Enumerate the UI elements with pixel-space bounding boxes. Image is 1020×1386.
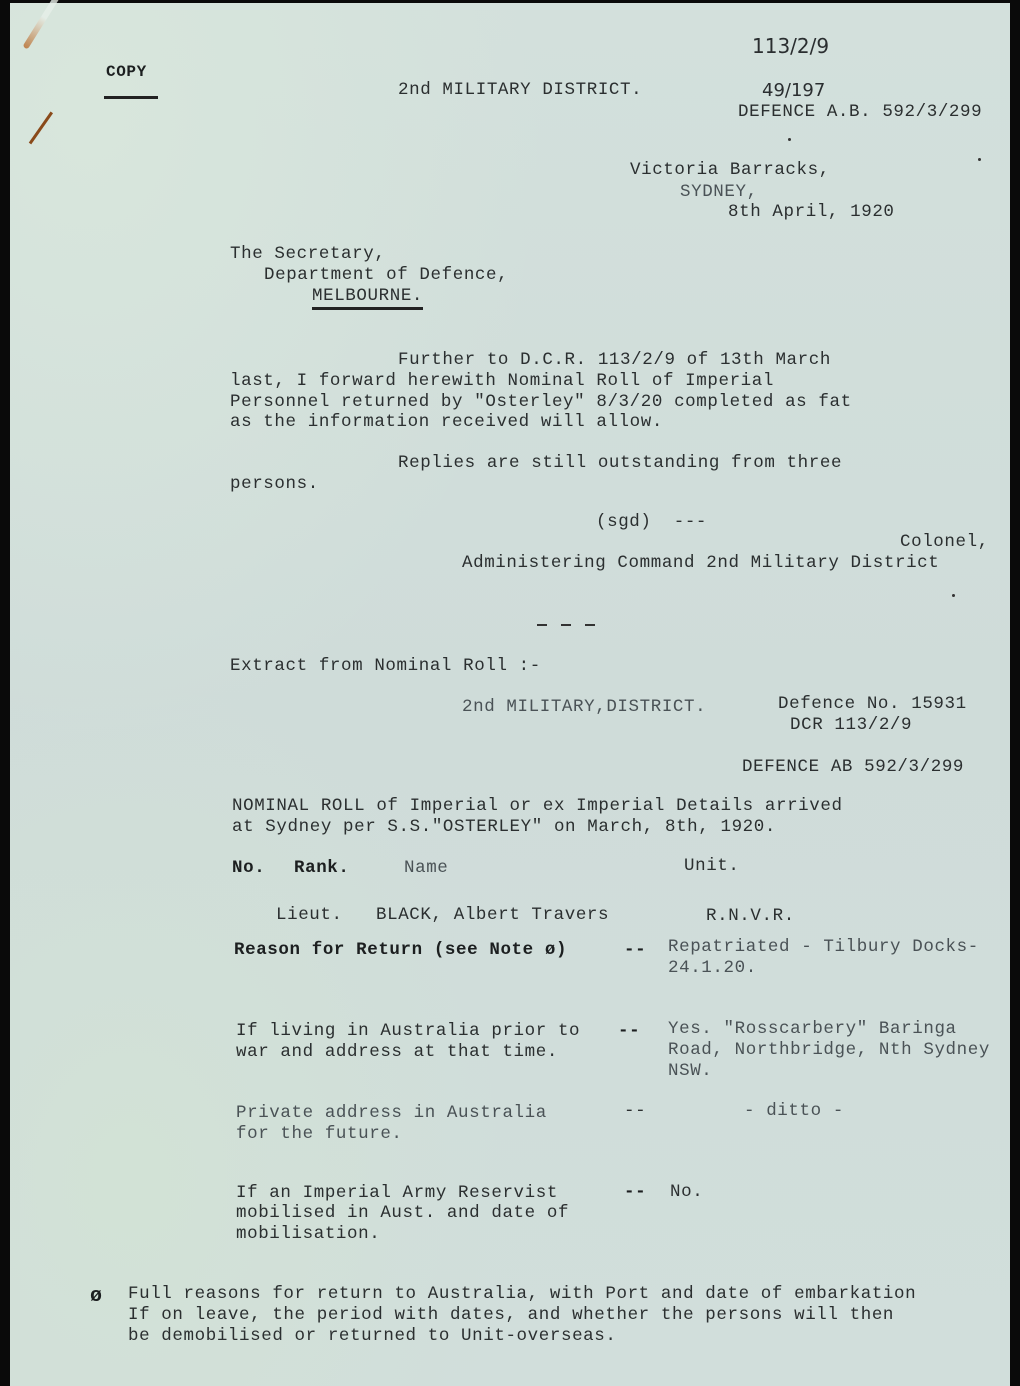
answer-reservist: No. <box>670 1182 703 1203</box>
column-no: No. <box>232 858 265 879</box>
answer-private-address: - ditto - <box>744 1101 844 1122</box>
separator-dash <box>561 624 571 626</box>
question-private-address-line2: for the future. <box>236 1124 403 1145</box>
extract-defence-ab: DEFENCE AB 592/3/299 <box>742 757 964 778</box>
ink-dot <box>788 138 791 141</box>
question-reservist-dash: -- <box>624 1182 646 1203</box>
roll-title-line1: NOMINAL ROLL of Imperial or ex Imperial … <box>232 796 843 817</box>
extract-dcr: DCR 113/2/9 <box>790 715 912 736</box>
column-unit: Unit. <box>684 856 740 877</box>
question-private-address-dash: -- <box>624 1101 646 1122</box>
question-prior-living-line1: If living in Australia prior to <box>236 1021 580 1042</box>
body-para2-line2: persons. <box>230 474 319 495</box>
question-private-address-line1: Private address in Australia <box>236 1103 547 1124</box>
address-line-1: Victoria Barracks, <box>630 160 830 181</box>
answer-reason-line2: 24.1.20. <box>668 958 757 979</box>
footnote-symbol: ø <box>90 1286 103 1307</box>
answer-reason-line1: Repatriated - Tilbury Docks- <box>668 937 979 958</box>
copy-underline <box>104 96 158 99</box>
footnote-line1: Full reasons for return to Australia, wi… <box>128 1284 916 1305</box>
footnote-line3: be demobilised or returned to Unit-overs… <box>128 1326 616 1347</box>
file-reference-handwritten: 113/2/9 <box>752 36 829 57</box>
question-reservist-line3: mobilisation. <box>236 1224 380 1245</box>
recipient-line-3: MELBOURNE. <box>312 286 423 310</box>
column-rank: Rank. <box>294 858 350 879</box>
body-para1-line4: as the information received will allow. <box>230 412 663 433</box>
roll-title-line2: at Sydney per S.S."OSTERLEY" on March, 8… <box>232 817 776 838</box>
answer-prior-living-line3: NSW. <box>668 1061 712 1082</box>
body-para1-line3: Personnel returned by "Osterley" 8/3/20 … <box>230 392 852 413</box>
column-name: Name <box>404 858 448 879</box>
letter-date: 8th April, 1920 <box>728 202 895 223</box>
answer-prior-living-line2: Road, Northbridge, Nth Sydney <box>668 1040 990 1061</box>
signature-title: Administering Command 2nd Military Distr… <box>462 553 939 574</box>
copy-mark: COPY <box>106 62 147 83</box>
separator-dash <box>585 624 595 626</box>
question-prior-living-dash: -- <box>618 1021 640 1042</box>
extract-district: 2nd MILITARY,DISTRICT. <box>462 697 706 718</box>
question-reservist-line1: If an Imperial Army Reservist <box>236 1183 558 1204</box>
entry-unit: R.N.V.R. <box>706 906 795 927</box>
extract-heading: Extract from Nominal Roll :- <box>230 656 541 677</box>
entry-rank: Lieut. <box>276 905 343 926</box>
question-prior-living-line2: war and address at that time. <box>236 1042 558 1063</box>
recipient-line-1: The Secretary, <box>230 244 385 265</box>
reference-49: 49/197 <box>762 80 825 101</box>
body-para2-line1: Replies are still outstanding from three <box>398 453 842 474</box>
address-line-2: SYDNEY, <box>680 182 758 203</box>
question-reason-dash: -- <box>624 940 646 961</box>
answer-prior-living-line1: Yes. "Rosscarbery" Baringa <box>668 1019 957 1040</box>
question-reservist-line2: mobilised in Aust. and date of <box>236 1203 569 1224</box>
signature-sgd: (sgd) --- <box>596 512 707 533</box>
question-reason-label: Reason for Return (see Note ø) <box>234 940 567 961</box>
recipient-line-2: Department of Defence, <box>264 265 508 286</box>
body-para1-line1: Further to D.C.R. 113/2/9 of 13th March <box>398 350 831 371</box>
entry-name: BLACK, Albert Travers <box>376 905 609 926</box>
separator-dash <box>537 624 547 626</box>
ink-dot <box>978 158 981 161</box>
defence-reference: DEFENCE A.B. 592/3/299 <box>738 102 982 123</box>
ink-dot <box>952 594 955 597</box>
extract-defence-no: Defence No. 15931 <box>778 694 967 715</box>
district-heading: 2nd MILITARY DISTRICT. <box>398 80 642 101</box>
body-para1-line2: last, I forward herewith Nominal Roll of… <box>230 371 774 392</box>
footnote-line2: If on leave, the period with dates, and … <box>128 1305 894 1326</box>
signature-rank: Colonel, <box>900 532 989 553</box>
